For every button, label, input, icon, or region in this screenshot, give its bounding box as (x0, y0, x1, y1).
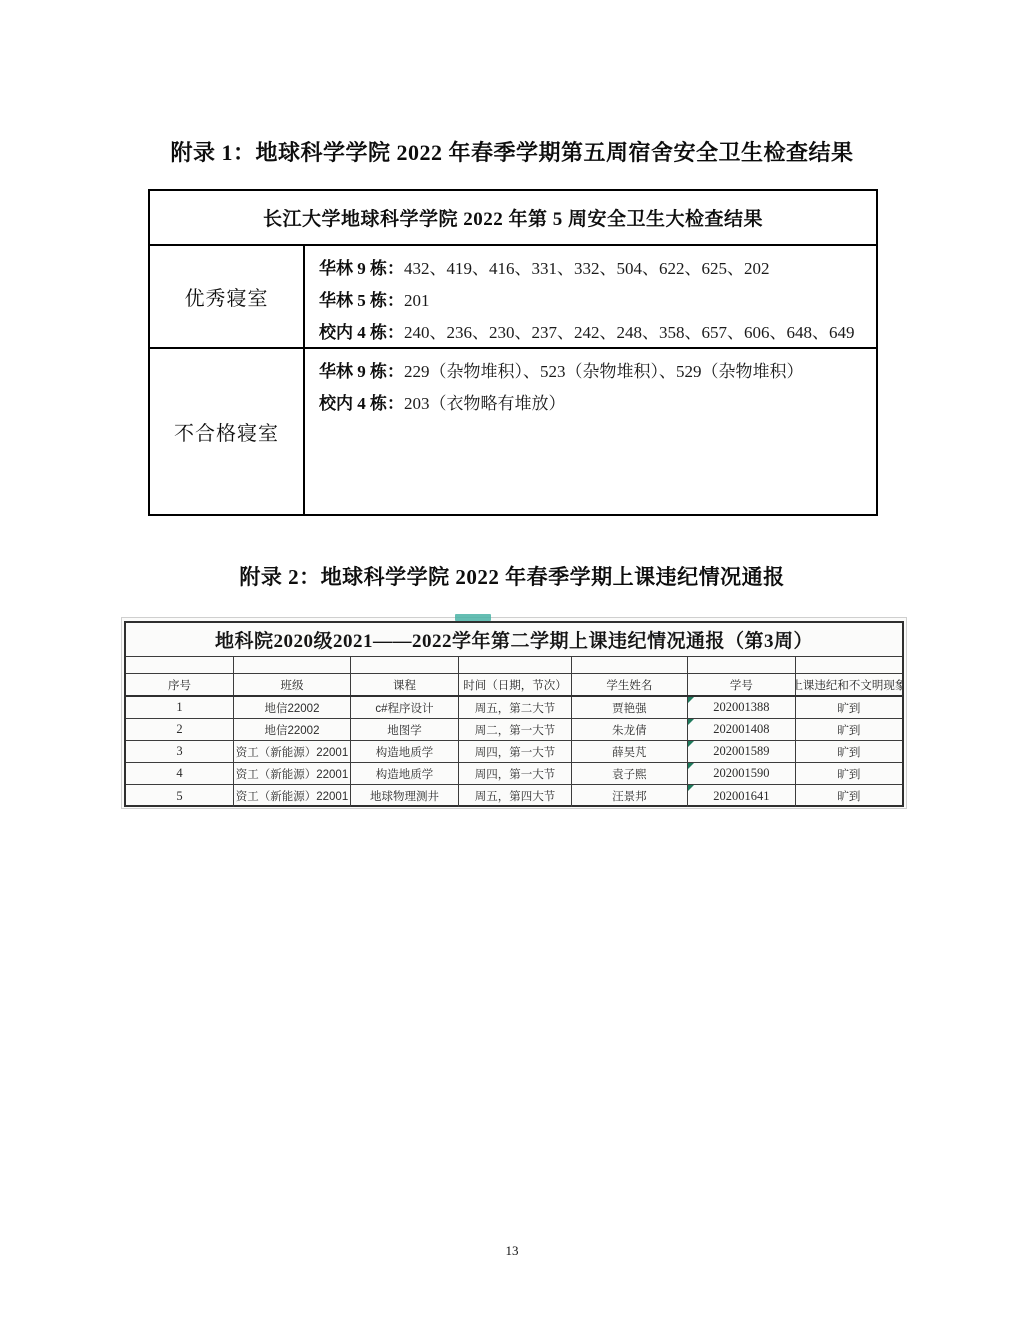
excel-error-marker-icon (688, 697, 694, 703)
table-row-excellent: 优秀寝室 华林 9 栋：432、419、416、331、332、504、622、… (150, 246, 876, 349)
table-row: 1 地信22002 c#程序设计 周五，第二大节 贾艳强 202001388 旷… (126, 697, 902, 719)
building-label: 校内 4 栋： (319, 394, 404, 413)
room-numbers: 203（衣物略有堆放） (404, 394, 566, 413)
building-label: 华林 9 栋： (319, 259, 404, 278)
room-numbers: 240、236、230、237、242、248、358、657、606、648、… (404, 323, 855, 342)
table-row: 3 资工（新能源）22001 构造地质学 周四，第一大节 薛昊芃 2020015… (126, 741, 902, 763)
appendix1-title: 附录 1：地球科学学院 2022 年春季学期第五周宿舍安全卫生检查结果 (0, 136, 1024, 167)
empty-row (126, 657, 902, 674)
table-row: 4 资工（新能源）22001 构造地质学 周四，第一大节 袁子熙 2020015… (126, 763, 902, 785)
excel-error-marker-icon (688, 785, 694, 791)
building-label: 华林 5 栋： (319, 291, 404, 310)
building-line: 华林 9 栋：229（杂物堆积）、523（杂物堆积）、529（杂物堆积） (319, 356, 866, 388)
col-header: 学号 (688, 674, 796, 695)
excel-error-marker-icon (688, 763, 694, 769)
table-row: 2 地信22002 地图学 周二，第一大节 朱龙倩 202001408 旷到 (126, 719, 902, 741)
col-header: 学生姓名 (572, 674, 688, 695)
building-line: 华林 9 栋：432、419、416、331、332、504、622、625、2… (319, 253, 866, 285)
table-row-unqualified: 不合格寝室 华林 9 栋：229（杂物堆积）、523（杂物堆积）、529（杂物堆… (150, 349, 876, 514)
building-line: 华林 5 栋：201 (319, 285, 866, 317)
violation-table: 地科院2020级2021——2022学年第二学期上课违纪情况通报（第3周） 序号… (124, 621, 904, 807)
header-row: 序号 班级 课程 时间（日期，节次） 学生姓名 学号 上课违纪和不文明现象 (126, 674, 902, 697)
appendix2-title: 附录 2：地球科学学院 2022 年春季学期上课违纪情况通报 (0, 561, 1024, 591)
col-header: 时间（日期，节次） (459, 674, 572, 695)
col-header: 序号 (126, 674, 234, 695)
category-content: 华林 9 栋：432、419、416、331、332、504、622、625、2… (305, 246, 876, 347)
building-label: 华林 9 栋： (319, 362, 404, 381)
room-numbers: 229（杂物堆积）、523（杂物堆积）、529（杂物堆积） (404, 362, 804, 381)
building-line: 校内 4 栋：203（衣物略有堆放） (319, 388, 866, 420)
excel-error-marker-icon (688, 741, 694, 747)
col-header: 班级 (234, 674, 351, 695)
dorm-table-header: 长江大学地球科学学院 2022 年第 5 周安全卫生大检查结果 (150, 191, 876, 246)
col-header: 课程 (351, 674, 459, 695)
room-numbers: 201 (404, 291, 430, 310)
category-content: 华林 9 栋：229（杂物堆积）、523（杂物堆积）、529（杂物堆积） 校内 … (305, 349, 876, 514)
dorm-inspection-table: 长江大学地球科学学院 2022 年第 5 周安全卫生大检查结果 优秀寝室 华林 … (148, 189, 878, 516)
col-header: 上课违纪和不文明现象 (796, 674, 902, 695)
table-row: 5 资工（新能源）22001 地球物理测井 周五，第四大节 汪景邦 202001… (126, 785, 902, 807)
teal-artifact (455, 614, 491, 621)
excel-error-marker-icon (688, 719, 694, 725)
building-label: 校内 4 栋： (319, 323, 404, 342)
category-cell: 优秀寝室 (150, 246, 305, 347)
building-line: 校内 4 栋：240、236、230、237、242、248、358、657、6… (319, 317, 866, 349)
violation-report-screenshot: 地科院2020级2021——2022学年第二学期上课违纪情况通报（第3周） 序号… (121, 617, 907, 809)
violation-table-title: 地科院2020级2021——2022学年第二学期上课违纪情况通报（第3周） (126, 623, 902, 657)
room-numbers: 432、419、416、331、332、504、622、625、202 (404, 259, 770, 278)
page-number: 13 (0, 1243, 1024, 1259)
category-cell: 不合格寝室 (150, 349, 305, 514)
